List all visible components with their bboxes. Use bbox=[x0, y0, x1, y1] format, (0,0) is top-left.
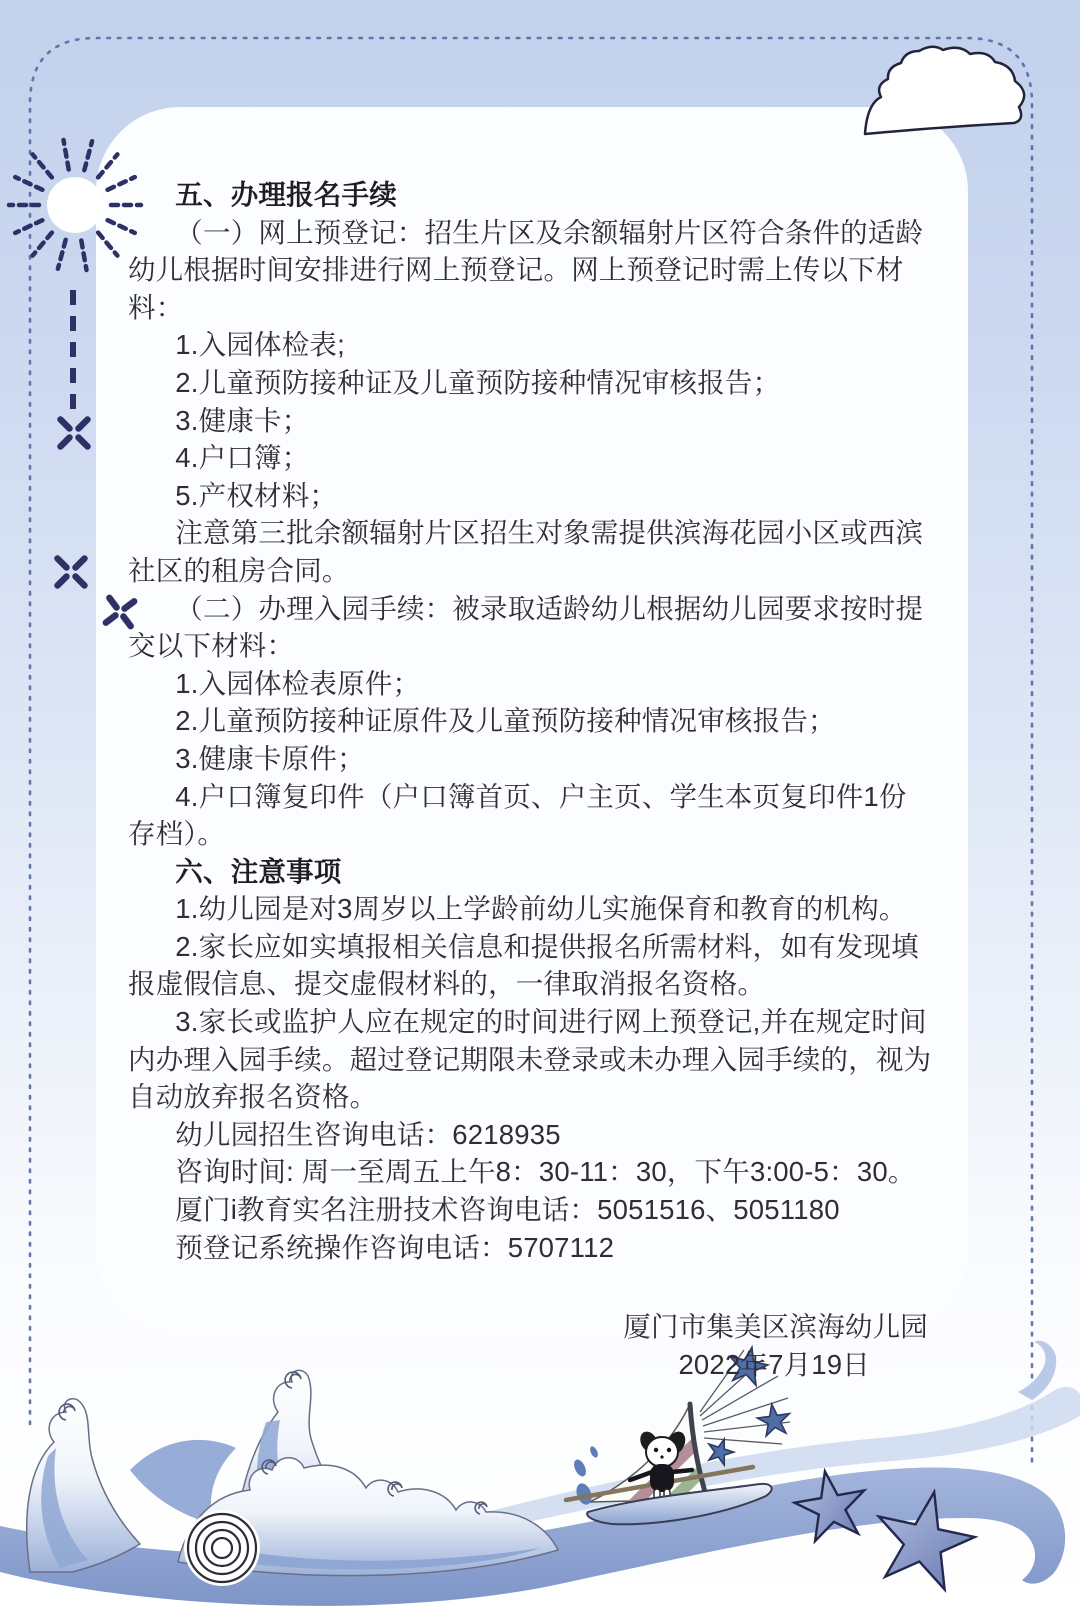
starfish-icon: ★ ★ bbox=[781, 1446, 996, 1620]
item-vaccination-report: 2.儿童预防接种证及儿童预防接种情况审核报告； bbox=[128, 364, 934, 402]
item-vaccination-original: 2.儿童预防接种证原件及儿童预防接种情况审核报告； bbox=[128, 702, 934, 740]
item-health-check-original: 1.入园体检表原件； bbox=[128, 665, 934, 703]
item-household-copy: 4.户口簿复印件（户口簿首页、户主页、学生本页复印件1份存档）。 bbox=[128, 778, 934, 853]
svg-text:★: ★ bbox=[781, 1446, 881, 1566]
spiral-rings-icon bbox=[184, 1510, 260, 1586]
phone-preregistration-system: 预登记系统操作咨询电话：5707112 bbox=[128, 1229, 934, 1267]
item-health-check-form: 1.入园体检表; bbox=[128, 326, 934, 364]
item-household-register: 4.户口簿； bbox=[128, 439, 934, 477]
wave-icon bbox=[27, 1370, 558, 1575]
signature-name: 厦门市集美区滨海幼儿园 bbox=[128, 1308, 934, 1346]
item-property-materials: 5.产权材料； bbox=[128, 477, 934, 515]
wave-icon bbox=[0, 1467, 1065, 1605]
para-admission-procedure: （二）办理入园手续：被录取适龄幼儿根据幼儿园要求按时提交以下材料： bbox=[128, 590, 934, 665]
note-3: 3.家长或监护人应在规定的时间进行网上预登记,并在规定时间内办理入园手续。超过登… bbox=[128, 1003, 934, 1116]
note-2: 2.家长应如实填报相关信息和提供报名所需材料，如有发现填报虚假信息、提交虚假材料… bbox=[128, 928, 934, 1003]
phone-hours: 咨询时间: 周一至周五上午8：30-11：30，下午3:00-5：30。 bbox=[128, 1153, 934, 1191]
section5-heading: 五、办理报名手续 bbox=[128, 176, 934, 214]
svg-text:★: ★ bbox=[852, 1455, 995, 1620]
item-health-card: 3.健康卡； bbox=[128, 402, 934, 440]
kindergarten-notice-page: { "document": { "blocks": [ {"style":"he… bbox=[0, 0, 1080, 1620]
document-body: 五、办理报名手续 （一）网上预登记：招生片区及余额辐射片区符合条件的适龄幼儿根据… bbox=[128, 176, 934, 1383]
wave-icon bbox=[1018, 1341, 1056, 1400]
svg-text:★: ★ bbox=[752, 1393, 796, 1447]
phone-admissions: 幼儿园招生咨询电话：6218935 bbox=[128, 1116, 934, 1154]
para-online-preregistration: （一）网上预登记：招生片区及余额辐射片区符合条件的适龄幼儿根据时间安排进行网上预… bbox=[128, 214, 934, 327]
wave-icon bbox=[470, 1387, 1080, 1528]
svg-text:★: ★ bbox=[699, 1428, 740, 1475]
phone-iedu: 厦门i教育实名注册技术咨询电话：5051516、5051180 bbox=[128, 1191, 934, 1229]
para-rental-note: 注意第三批余额辐射片区招生对象需提供滨海花园小区或西滨社区的租房合同。 bbox=[128, 514, 934, 589]
signature-date: 2022年7月19日 bbox=[128, 1346, 934, 1384]
section6-heading: 六、注意事项 bbox=[128, 853, 934, 891]
splash-icon bbox=[572, 1445, 600, 1507]
note-1: 1.幼儿园是对3周岁以上学龄前幼儿实施保育和教育的机构。 bbox=[128, 890, 934, 928]
item-health-card-original: 3.健康卡原件； bbox=[128, 740, 934, 778]
